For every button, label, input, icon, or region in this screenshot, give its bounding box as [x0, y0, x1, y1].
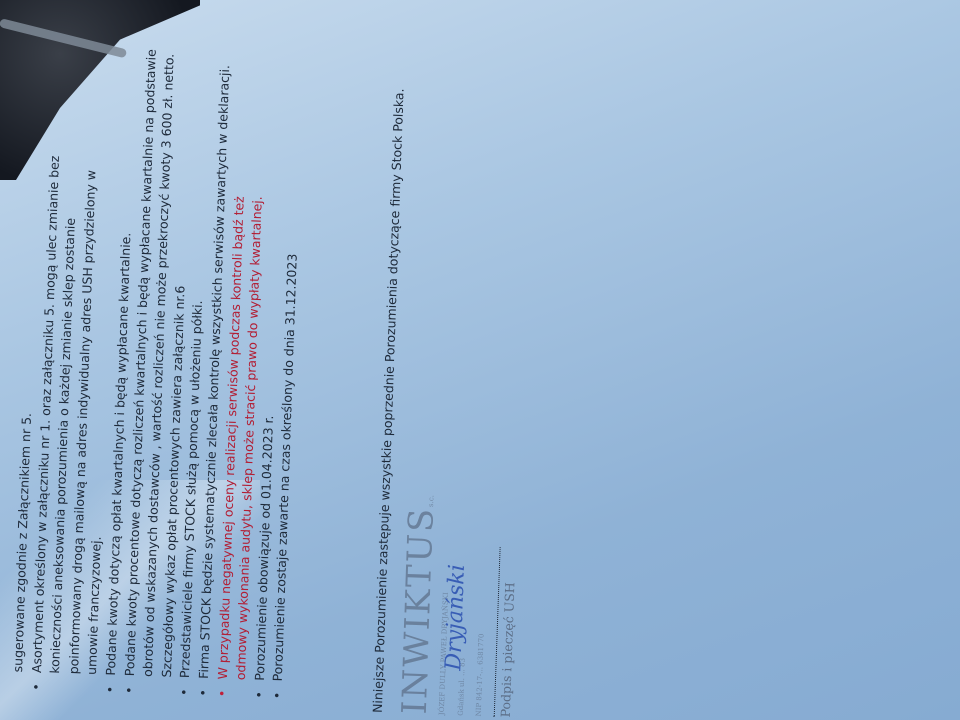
stamp-suffix: s.c.: [426, 495, 434, 507]
indent: [8, 672, 28, 701]
indent: [157, 677, 177, 706]
bullet-icon: [250, 680, 270, 709]
indent: [231, 680, 251, 709]
indent: [82, 675, 102, 704]
handwritten-signature: Dryjański: [445, 564, 467, 671]
indent: [138, 677, 158, 706]
bullet-icon: [101, 675, 121, 704]
company-stamp: INWIKTUSs.c. JÓZEF DULLY PAWEŁ DRYJAŃSKI…: [405, 514, 502, 717]
bullet-icon: [212, 679, 232, 708]
bullet-icon: [175, 678, 195, 707]
signature-block: INWIKTUSs.c. JÓZEF DULLY PAWEŁ DRYJAŃSKI…: [405, 34, 519, 717]
bullet-icon: [27, 673, 47, 702]
document-page: sugerowane zgodnie z Załącznikiem nr 5.A…: [8, 20, 491, 716]
bullet-icon: [119, 676, 139, 705]
document-body: sugerowane zgodnie z Załącznikiem nr 5.A…: [8, 20, 310, 709]
bullet-icon: [268, 681, 288, 710]
bullet-icon: [194, 679, 214, 708]
indent: [64, 674, 84, 703]
indent: [45, 673, 65, 702]
